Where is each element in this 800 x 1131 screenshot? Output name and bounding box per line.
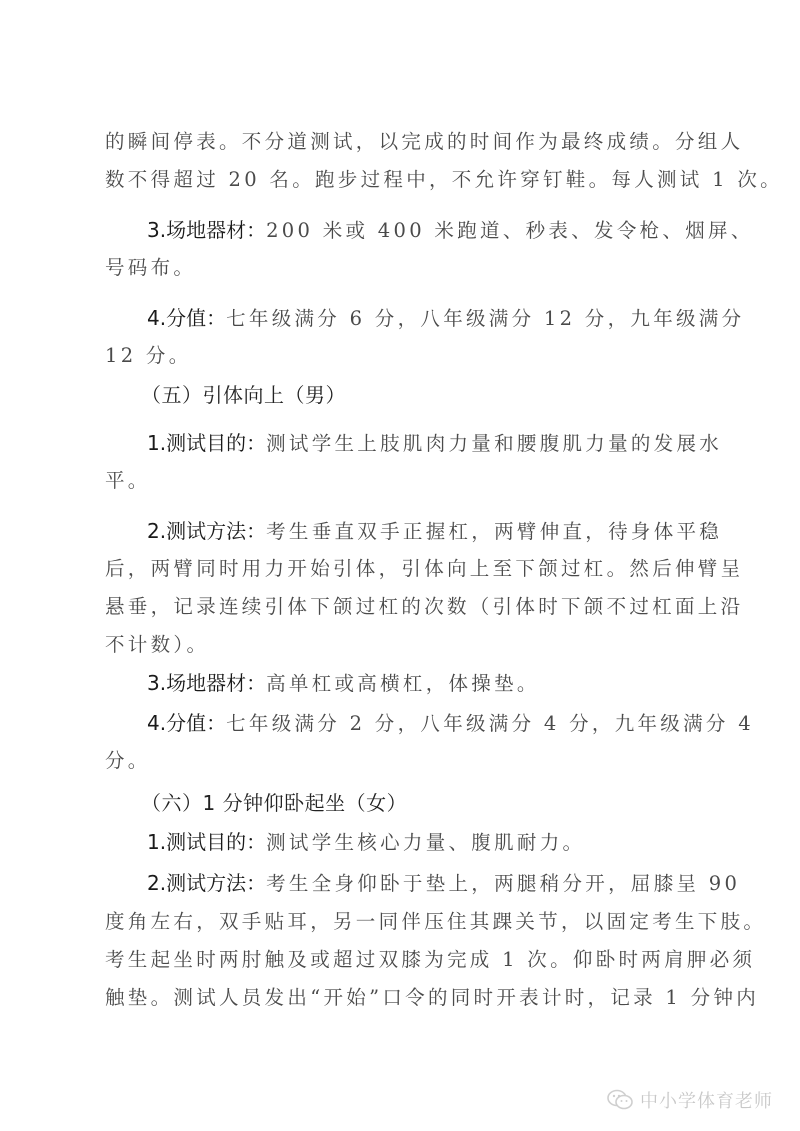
equipment-line: 3.场地器材：高单杠或高横杠，体操垫。 [147, 668, 697, 698]
score-line: 4.分值：七年级满分 6 分，八年级满分 12 分，九年级满分 [147, 303, 697, 333]
purpose-line: 1.测试目的：测试学生上肢肌肉力量和腰腹肌力量的发展水 [147, 428, 697, 458]
section-heading: （五）引体向上（男） [141, 380, 733, 410]
equipment-line: 3.场地器材：200 米或 400 米跑道、秒表、发令枪、烟屏、 [147, 215, 697, 245]
paragraph-line: 平。 [105, 466, 697, 496]
watermark-text: 中小学体育老师 [640, 1087, 773, 1113]
wechat-icon [606, 1088, 634, 1112]
item-text: 七年级满分 6 分，八年级满分 12 分，九年级满分 [226, 307, 744, 330]
item-text: 高单杠或高横杠，体操垫。 [266, 672, 540, 695]
method-line: 2.测试方法：考生垂直双手正握杠，两臂伸直，待身体平稳 [147, 516, 697, 546]
paragraph-line: 后，两臂同时用力开始引体，引体向上至下颌过杠。然后伸臂呈 [105, 554, 697, 584]
item-text: 考生全身仰卧于垫上，两腿稍分开，屈膝呈 90 [266, 872, 740, 895]
paragraph-line: 12 分。 [105, 341, 697, 371]
paragraph-line: 不计数）。 [105, 630, 697, 660]
paragraph-line: 触垫。测试人员发出“开始”口令的同时开表计时，记录 1 分钟内 [105, 983, 697, 1013]
item-label: 3.场地器材： [147, 218, 266, 242]
item-label: 2.测试方法： [147, 519, 266, 543]
item-label: 1.测试目的： [147, 830, 266, 854]
watermark: 中小学体育老师 [606, 1084, 773, 1116]
paragraph-line: 考生起坐时两肘触及或超过双膝为完成 1 次。仰卧时两肩胛必须 [105, 945, 697, 975]
paragraph-line: 分。 [105, 746, 697, 776]
method-line: 2.测试方法：考生全身仰卧于垫上，两腿稍分开，屈膝呈 90 [147, 868, 697, 898]
paragraph-line: 数不得超过 20 名。跑步过程中，不允许穿钉鞋。每人测试 1 次。 [105, 165, 697, 195]
item-label: 4.分值： [147, 711, 226, 735]
paragraph-line: 悬垂，记录连续引体下颌过杠的次数（引体时下颌不过杠面上沿 [105, 592, 697, 622]
item-label: 1.测试目的： [147, 431, 266, 455]
item-label: 2.测试方法： [147, 871, 266, 895]
paragraph-line: 号码布。 [105, 253, 697, 283]
item-label: 4.分值： [147, 306, 226, 330]
section-heading: （六）1 分钟仰卧起坐（女） [141, 788, 733, 818]
item-text: 200 米或 400 米跑道、秒表、发令枪、烟屏、 [266, 219, 754, 242]
paragraph-line: 度角左右，双手贴耳，另一同伴压住其踝关节，以固定考生下肢。 [105, 907, 697, 937]
item-text: 测试学生上肢肌肉力量和腰腹肌力量的发展水 [266, 432, 722, 455]
item-text: 考生垂直双手正握杠，两臂伸直，待身体平稳 [266, 520, 722, 543]
score-line: 4.分值：七年级满分 2 分，八年级满分 4 分，九年级满分 4 [147, 708, 697, 738]
item-text: 测试学生核心力量、腹肌耐力。 [266, 831, 585, 854]
purpose-line: 1.测试目的：测试学生核心力量、腹肌耐力。 [147, 827, 697, 857]
paragraph-line: 的瞬间停表。不分道测试，以完成的时间作为最终成绩。分组人 [105, 127, 697, 157]
item-label: 3.场地器材： [147, 671, 266, 695]
item-text: 七年级满分 2 分，八年级满分 4 分，九年级满分 4 [226, 712, 754, 735]
